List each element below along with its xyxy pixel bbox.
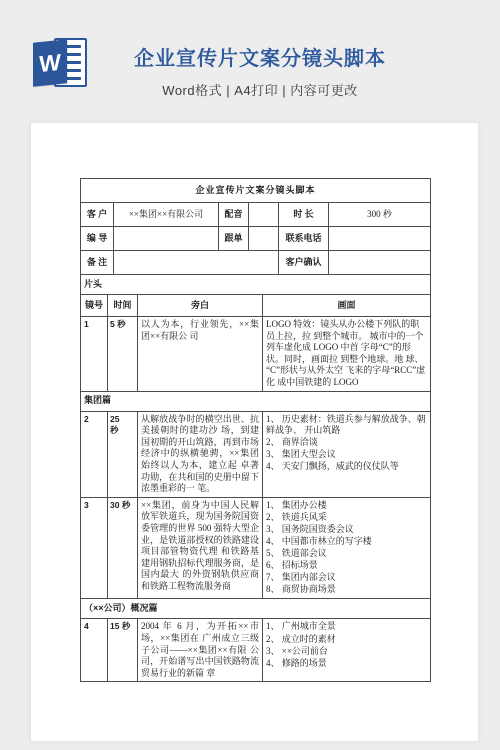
shot-1-time: 5 秒 (108, 317, 138, 392)
doc-info-table: 企业宣传片文案分镜头脚本 客 户 ××集团××有限公司 配音 时 长 300 秒… (80, 178, 431, 275)
client-label: 客 户 (81, 203, 114, 227)
document-preview-page: 企业宣传片文案分镜头脚本 客 户 ××集团××有限公司 配音 时 长 300 秒… (31, 123, 478, 741)
info-row-client: 客 户 ××集团××有限公司 配音 时 长 300 秒 (81, 203, 431, 227)
shot-2-time: 25 秒 (108, 411, 138, 497)
shot-2-narration: 从解放战争时的横空出世、抗美援朝时的建功沙 场，到建国初期的开山筑路，再到市场经… (138, 411, 263, 497)
duration-label: 时 长 (279, 203, 329, 227)
shot-4-narration: 2004 年 6 月，为开拓××市场，××集团在 广州成立三级子公司——××集团… (138, 619, 263, 682)
col-header-shot-no: 镜号 (81, 295, 108, 317)
column-header-row: 镜号 时间 旁白 画面 (81, 295, 431, 317)
visual-item: 7、 集团内部会议 (266, 572, 427, 584)
client-confirm-value (329, 251, 431, 275)
shot-3-narration: ××集团，前身为中国人民解放军铁道兵，现为国务院国资委管理的世界 500 强特大… (138, 497, 263, 599)
phone-label: 联系电话 (279, 227, 329, 251)
header: W 企业宣传片文案分镜头脚本 Word格式 | A4打印 | 内容可更改 (0, 0, 500, 123)
voiceover-value (249, 203, 279, 227)
section-group: 集团篇 (81, 391, 431, 411)
director-value (114, 227, 219, 251)
doc-title: 企业宣传片文案分镜头脚本 (81, 179, 431, 203)
notes-value (114, 251, 279, 275)
shot-1-visual: LOGO 特效：镜头从办公楼下列队的职员上拉，拉 到整个城市。 城市中的一个列车… (263, 317, 431, 392)
visual-item: 6、 招标场景 (266, 560, 427, 572)
page-title: 企业宣传片文案分镜头脚本 (20, 42, 500, 71)
shot-2-visual: 1、 历史素材：铁道兵参与解放战争、朝鲜战争、 开山筑路 2、 商界洽谈 3、 … (263, 411, 431, 497)
shot-row-2: 2 25 秒 从解放战争时的横空出世、抗美援朝时的建功沙 场，到建国初期的开山筑… (81, 411, 431, 497)
shot-3-time: 30 秒 (108, 497, 138, 599)
phone-value (329, 227, 431, 251)
shot-1-number: 1 (81, 317, 108, 392)
shot-4-visual: 1、 广州城市全景 2、 成立时的素材 3、 ××公司前台 4、 修路的场景 (263, 619, 431, 682)
visual-item: 1、 历史素材：铁道兵参与解放战争、朝鲜战争、 开山筑路 (266, 414, 427, 437)
shot-4-time: 15 秒 (108, 619, 138, 682)
visual-item: 3、 国务院国资委会议 (266, 524, 427, 536)
doc-title-row: 企业宣传片文案分镜头脚本 (81, 179, 431, 203)
section-row-company: （××公司）概况篇 (81, 599, 431, 619)
template-preview-page: W 企业宣传片文案分镜头脚本 Word格式 | A4打印 | 内容可更改 企业宣… (0, 0, 500, 750)
section-row-group: 集团篇 (81, 391, 431, 411)
voiceover-label: 配音 (219, 203, 249, 227)
order-follower-value (249, 227, 279, 251)
doc-shot-table: 片头 镜号 时间 旁白 画面 1 5 秒 以人为本，行业领先，××集团××有限公… (80, 274, 431, 682)
shot-3-number: 3 (81, 497, 108, 599)
visual-item: 3、 集团大型会议 (266, 449, 427, 461)
col-header-visual: 画面 (263, 295, 431, 317)
visual-item: 8、 商贸协商场景 (266, 584, 427, 596)
section-row-opening: 片头 (81, 275, 431, 295)
visual-item: 4、 天安门飘扬，威武的仪仗队等 (266, 461, 427, 473)
director-label: 编 导 (81, 227, 114, 251)
visual-item: 4、 中国都市林立的写字楼 (266, 536, 427, 548)
shot-row-3: 3 30 秒 ××集团，前身为中国人民解放军铁道兵，现为国务院国资委管理的世界 … (81, 497, 431, 599)
col-header-narration: 旁白 (138, 295, 263, 317)
visual-item: 2、 商界洽谈 (266, 437, 427, 449)
shot-1-narration: 以人为本，行业领先，××集团××有限公 司 (138, 317, 263, 392)
shot-row-4: 4 15 秒 2004 年 6 月，为开拓××市场，××集团在 广州成立三级子公… (81, 619, 431, 682)
section-opening: 片头 (81, 275, 431, 295)
visual-item: 5、 铁道部会议 (266, 548, 427, 560)
section-company: （××公司）概况篇 (81, 599, 431, 619)
duration-value: 300 秒 (329, 203, 431, 227)
client-value: ××集团××有限公司 (114, 203, 219, 227)
storyboard-document: 企业宣传片文案分镜头脚本 客 户 ××集团××有限公司 配音 时 长 300 秒… (80, 178, 430, 682)
info-row-notes: 备 注 客户确认 (81, 251, 431, 275)
shot-row-1: 1 5 秒 以人为本，行业领先，××集团××有限公 司 LOGO 特效：镜头从办… (81, 317, 431, 392)
notes-label: 备 注 (81, 251, 114, 275)
visual-item: 1、 广州城市全景 (266, 621, 427, 633)
info-row-director: 编 导 跟单 联系电话 (81, 227, 431, 251)
visual-item: 4、 修路的场景 (266, 658, 427, 670)
col-header-time: 时间 (108, 295, 138, 317)
visual-item: 1、 集团办公楼 (266, 500, 427, 512)
client-confirm-label: 客户确认 (279, 251, 329, 275)
page-subtitle: Word格式 | A4打印 | 内容可更改 (20, 80, 500, 99)
shot-4-number: 4 (81, 619, 108, 682)
visual-item: 2、 成立时的素材 (266, 634, 427, 646)
shot-2-number: 2 (81, 411, 108, 497)
header-text-block: 企业宣传片文案分镜头脚本 Word格式 | A4打印 | 内容可更改 (20, 42, 500, 99)
visual-item: 2、 铁道兵风采 (266, 512, 427, 524)
visual-item: 3、 ××公司前台 (266, 646, 427, 658)
order-follower-label: 跟单 (219, 227, 249, 251)
shot-3-visual: 1、 集团办公楼 2、 铁道兵风采 3、 国务院国资委会议 4、 中国都市林立的… (263, 497, 431, 599)
